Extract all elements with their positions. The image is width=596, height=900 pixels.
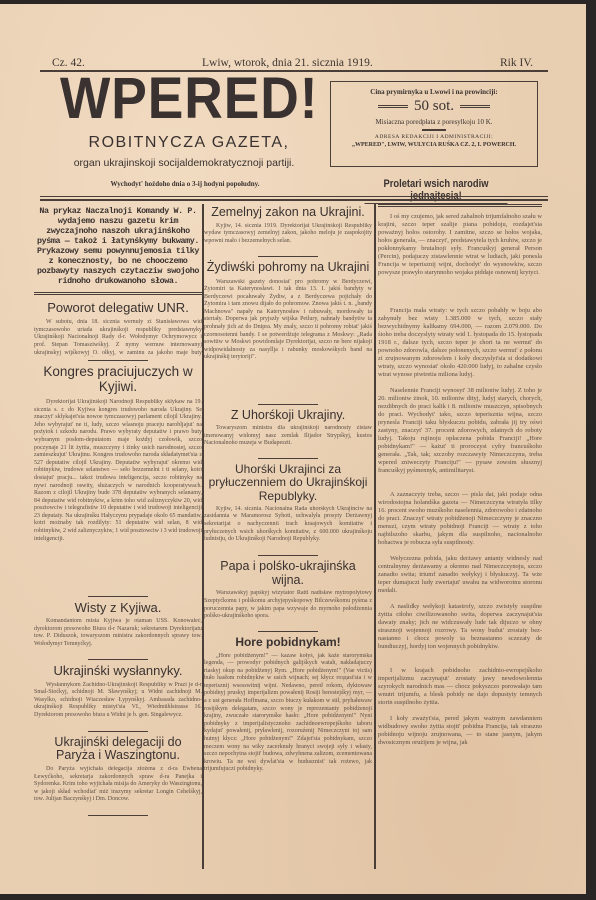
article-body: Kyjiw, 14. sicznia 1919. Dyrektorijat Uk… xyxy=(204,223,372,253)
masthead-rule-1 xyxy=(40,196,548,197)
article-separator xyxy=(88,815,148,816)
paragraph: Francija mała wtraty: w tych szczo pobah… xyxy=(378,307,542,387)
article-uhorskoji: Z Uhorśkoji Ukrajiny. Towaryszom ministr… xyxy=(204,409,372,456)
article-title: Ukrajinśki delegaciji do Paryża i Waszin… xyxy=(34,736,202,764)
masthead-organ: organ ukrajinskoji socijaldemokratycznoj… xyxy=(44,157,324,169)
masthead-subtitle: ROBITNYCZA GAZETA, xyxy=(64,134,314,152)
article-separator xyxy=(258,458,318,459)
article-separator xyxy=(88,731,148,732)
article-separator xyxy=(88,596,148,597)
address-label: ADRESA REDAKCIJI I ADMINISTRACIJI: xyxy=(331,134,537,140)
article-body: W subotu, dnia 18. sicznia wernuly zi St… xyxy=(34,319,202,357)
paragraph: I oś my czujemo, jak sered zahalnoh trij… xyxy=(378,213,542,307)
article-papa: Papa i polśko-ukrajinśka wijna. Warszawś… xyxy=(204,560,372,629)
article-hore-pobidnykam: Hore pobidnykam! „Hore pobidżenym!" — ka… xyxy=(204,636,372,858)
column-2: Zemelnyj zakon na Ukrajini. Kyjiw, 14. s… xyxy=(204,204,372,859)
article-zemelnyj: Zemelnyj zakon na Ukrajini. Kyjiw, 14. s… xyxy=(204,206,372,253)
paragraph: I koły zważyt'sia, pered jakym ważnym za… xyxy=(378,715,542,755)
article-title: Z Uhorśkoji Ukrajiny. xyxy=(204,409,372,423)
article-separator xyxy=(88,659,148,660)
notice-latin-script: Na prykaz Naczalnoji Komandy W. P. wydaj… xyxy=(34,206,202,286)
article-uhorski-ukrajinci: Uhorśki Ukrajinci za pryłuczenniem do Uk… xyxy=(204,463,372,552)
article-separator xyxy=(258,256,318,257)
column-3-top-rule xyxy=(378,204,542,207)
article-title: Żydiwśki pohromy na Ukrajini xyxy=(204,261,372,275)
article-title: Hore pobidnykam! xyxy=(204,636,372,649)
article-title: Papa i polśko-ukrajinśka wijna. xyxy=(204,560,372,588)
column-3: I oś my czujemo, jak sered zahalnoh trij… xyxy=(378,204,542,755)
price-box-divider xyxy=(422,129,446,131)
article-separator xyxy=(88,360,148,361)
article-body: Komandantom mista Kyjiwa je otaman USS. … xyxy=(34,618,202,656)
price-label: Cina prymirnyka u Lwowi i na prowinciji: xyxy=(331,88,537,96)
article-wyslannyky: Ukrajinśki wysłannyky. Wysłannykom Zachi… xyxy=(34,664,202,727)
article-separator xyxy=(258,631,318,632)
article-body: Dyrektorijat Ukrajinśkoji Narodnoji Resp… xyxy=(34,399,202,593)
article-poworot: Poworot delegatiw UNR. W subotu, dnia 18… xyxy=(34,301,202,357)
article-delegaciji: Ukrajinśki delegaciji do Paryża i Waszin… xyxy=(34,736,202,813)
address-value: „WPERED", LWIW, WULYCIA RUŚKA CZ. 2, I. … xyxy=(331,142,537,148)
publication-schedule: Wychodyt' hoźdoho dnia o 3-ij hodyni pop… xyxy=(60,180,310,188)
price-value-row: 50 sot. xyxy=(331,98,537,115)
masthead-title: WPERED! xyxy=(60,70,290,128)
notice-rule xyxy=(34,292,202,295)
article-body: Towaryszom ministra dla ukrajinśkoji nar… xyxy=(204,425,372,455)
article-pohromy: Żydiwśki pohromy na Ukrajini Warszawśki … xyxy=(204,261,372,401)
article-title: Poworot delegatiw UNR. xyxy=(34,301,202,315)
double-rule-right xyxy=(460,105,490,108)
article-separator xyxy=(258,404,318,405)
column-divider-2 xyxy=(374,204,376,869)
paragraph: A zaznaczyty treba, szczo — pisla dat, j… xyxy=(378,491,542,555)
article-body: „Hore pobidżenym!" — kazaw kołyś, jak ka… xyxy=(204,653,372,859)
masthead-rule-2 xyxy=(40,199,548,201)
year-volume: Rik IV. xyxy=(500,57,533,69)
double-rule-left xyxy=(378,105,408,108)
column-1: Na prykaz Naczalnoji Komandy W. P. wydaj… xyxy=(34,204,202,819)
article-title: Ukrajinśki wysłannyky. xyxy=(34,664,202,678)
newspaper-page: Cz. 42. Lwiw, wtorok, dnia 21. sicznia 1… xyxy=(0,4,586,894)
article-title: Uhorśki Ukrajinci za pryłuczenniem do Uk… xyxy=(204,463,372,503)
article-body: Kyjiw, 14. sicznia. Nacionalna Rada uhor… xyxy=(204,506,372,552)
article-body: Warszawśki gazety donosiat' pro pohromy … xyxy=(204,279,372,401)
price-value: 50 sot. xyxy=(414,98,454,114)
paragraph: A naslidky wełykoji katastrofy, szczo zw… xyxy=(378,603,542,667)
article-title: Kongres praciujuczych w Kyjiwi. xyxy=(34,365,202,395)
article-wisty: Wisty z Kyjiwa. Komandantom mista Kyjiwa… xyxy=(34,601,202,656)
article-kongres: Kongres praciujuczych w Kyjiwi. Dyrektor… xyxy=(34,365,202,593)
article-title: Zemelnyj zakon na Ukrajini. xyxy=(204,206,372,220)
paragraph: I w krajach pobidnoho zachidnio-ewropejś… xyxy=(378,667,542,715)
article-body: Warszawśkyj papśkyj wizytator Ratti nadi… xyxy=(204,590,372,628)
price-box: Cina prymirnyka u Lwowi i na prowinciji:… xyxy=(330,81,538,167)
article-body: Do Paryża wyjichała delegacija złożena z… xyxy=(34,766,202,812)
article-title: Wisty z Kyjiwa. xyxy=(34,601,202,615)
article-body: Wysłannykom Zachidno-Ukrajinśkoji Respub… xyxy=(34,682,202,728)
paragraph: Naselennie Franciji wynosyt' 38 milioniw… xyxy=(378,387,542,491)
subscription-info: Misiaczna poredpłata z poresylkoju 10 K. xyxy=(331,118,537,126)
article-separator xyxy=(258,555,318,556)
paragraph: Wełyczezna pobida, jaku derżawy antanty … xyxy=(378,555,542,603)
